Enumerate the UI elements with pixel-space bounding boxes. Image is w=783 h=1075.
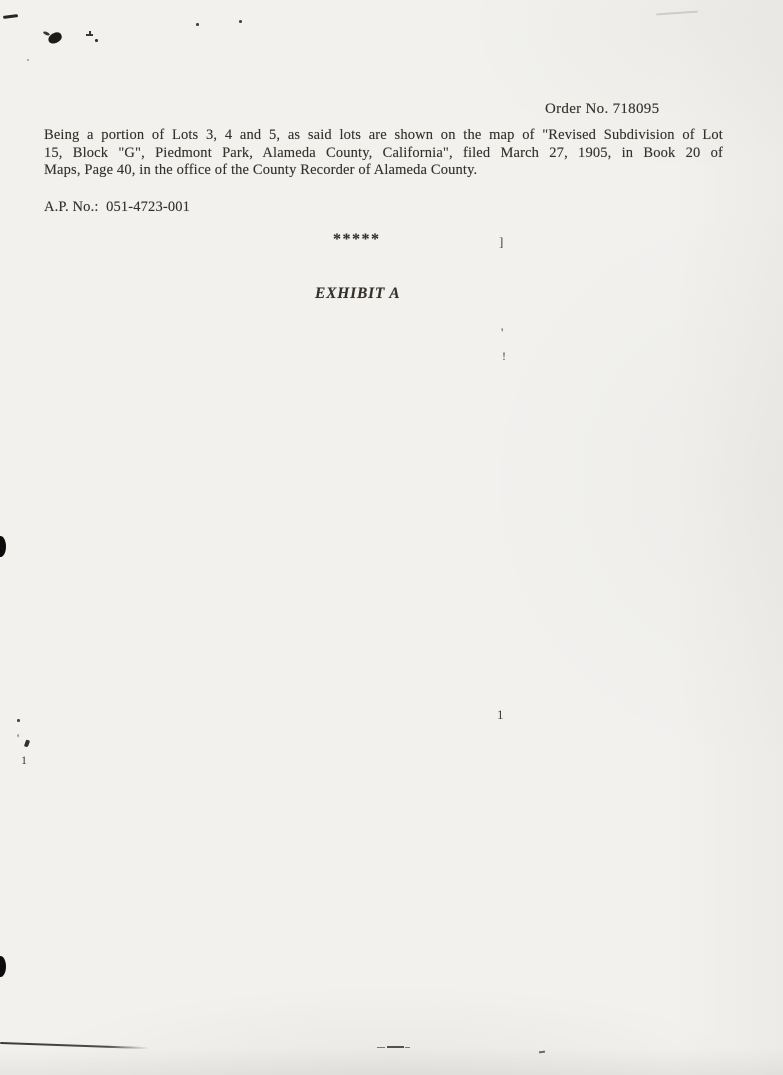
plus-mark-horizontal [86,34,93,36]
legal-description-line-1: Being a portion of Lots 3, 4 and 5, as s… [44,127,723,145]
binder-punch-mark-upper [0,536,6,557]
speck-top-center-left [196,23,199,26]
exhibit-a-heading: EXHIBIT A [315,285,400,303]
top-left-dash-mark [3,14,18,18]
left-margin-bar-mark: 1 [21,753,27,768]
bottom-left-pen-line [0,1042,149,1049]
stray-bracket-mark: ] [499,234,503,250]
binder-punch-mark-lower [0,956,6,977]
left-margin-wedge-mark [24,740,30,748]
bottom-center-dash-1 [377,1047,385,1048]
stray-exclamation-mark: ! [502,349,506,364]
order-number: Order No. 718095 [545,101,659,118]
plus-mark-vertical [89,31,91,36]
faint-scratch-top-right [656,11,698,15]
asterisk-separator: ***** [333,231,381,249]
ink-blob-mark [47,31,64,46]
bottom-center-dash-3 [405,1047,410,1048]
legal-description-line-2: 15, Block "G", Piedmont Park, Alameda Co… [44,145,723,163]
legal-description-line-3: Maps, Page 40, in the office of the Coun… [44,162,723,180]
plus-mark-dot [95,39,98,42]
bottom-right-dash [539,1051,545,1054]
left-margin-quote-mark: ' [17,731,19,746]
speck-top-center-right [239,20,242,23]
bottom-center-dash-2 [387,1046,404,1048]
assessor-parcel-number: A.P. No.: 051-4723-001 [44,199,190,216]
legal-description-paragraph: Being a portion of Lots 3, 4 and 5, as s… [44,127,723,180]
stray-tick-mark: ' [501,325,503,341]
left-margin-speck [17,719,20,722]
faint-speck-top-left [27,59,29,61]
scanned-document-page: Order No. 718095 Being a portion of Lots… [0,0,783,1075]
ink-blob-tail [43,31,51,37]
stray-vertical-mark: 1 [497,707,504,723]
